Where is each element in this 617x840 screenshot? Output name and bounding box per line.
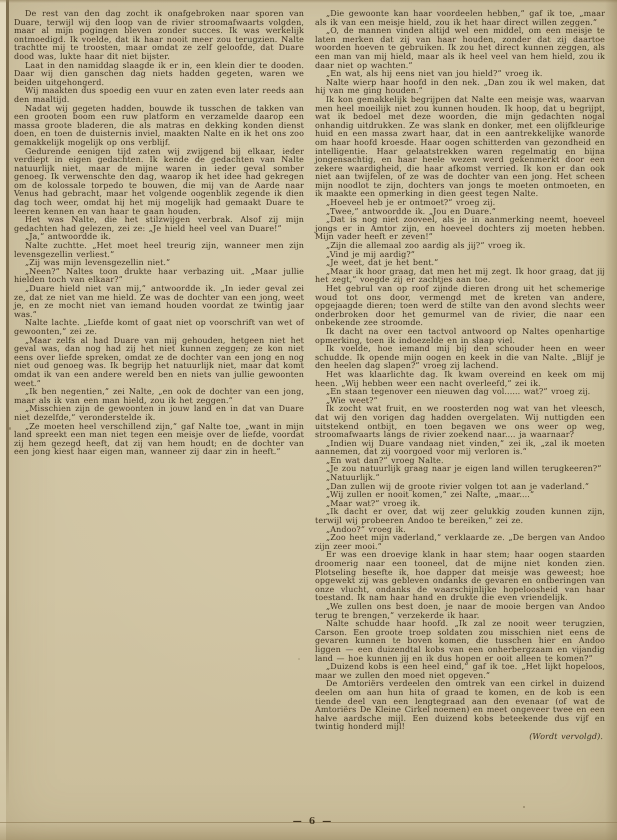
paragraph: „Duare hield niet van mij,” antwoordde i… xyxy=(14,285,304,319)
scanned-book-page: De rest van den dag zocht ik onafgebroke… xyxy=(0,0,617,840)
paragraph: Het was klaarlichte dag. Ik kwam overein… xyxy=(315,371,605,388)
paragraph: Ik dacht na over een tactvol antwoord op… xyxy=(315,328,605,345)
paragraph: „Ze moeten heel verschillend zijn,” gaf … xyxy=(14,423,304,457)
text-column-right: „Die gewoonte kan haar voordeelen hebben… xyxy=(315,10,605,741)
paragraph: „Ik ben negentien,” zei Nalte, „en ook d… xyxy=(14,388,304,405)
text-column-right-paragraphs: „Die gewoonte kan haar voordeelen hebben… xyxy=(315,10,605,732)
paragraph: Ik zocht wat fruit, en we roosterden nog… xyxy=(315,405,605,439)
paragraph: Gedurende eenigen tijd zaten wij zwijgen… xyxy=(14,148,304,217)
paragraph: „Ik dacht er over, dat wij zeer gelukkig… xyxy=(315,508,605,525)
page-edge-right-shadow xyxy=(605,0,617,840)
print-speck xyxy=(298,658,300,660)
paragraph: „O, de mannen vinden altijd wel een midd… xyxy=(315,27,605,70)
paragraph: Laat in den namiddag slaagde ik er in, e… xyxy=(14,62,304,88)
page-edge-top-shadow xyxy=(0,0,617,3)
paragraph: Er was een droevige klank in haar stem; … xyxy=(315,551,605,603)
paragraph: Nalte lachte. „Liefde komt of gaat niet … xyxy=(14,319,304,336)
page-edge-left-fold-line xyxy=(6,0,9,840)
paragraph: „Dat is nog niet zooveel, als je in aanm… xyxy=(315,216,605,242)
paragraph: Nalte schudde haar hoofd. „Ik zal ze noo… xyxy=(315,620,605,663)
page-number: — 6 — xyxy=(258,817,368,827)
paragraph: „Zoo heet mijn vaderland,” verklaarde ze… xyxy=(315,534,605,551)
paragraph: „Neen?” Naltes toon drukte haar verbazin… xyxy=(14,268,304,285)
paragraph: Nalte wierp haar hoofd in den nek. „Dan … xyxy=(315,79,605,96)
paragraph: „Maar ik hoor graag, dat men het mij zeg… xyxy=(315,268,605,285)
paragraph: Ik voelde, hoe iemand mij bij den schoud… xyxy=(315,345,605,371)
paragraph: Nadat wij gegeten hadden, bouwde ik tuss… xyxy=(14,105,304,148)
paragraph: Ik kon gemakkelijk begrijpen dat Nalte e… xyxy=(315,96,605,199)
print-speck xyxy=(523,806,525,808)
paragraph: De rest van den dag zocht ik onafgebroke… xyxy=(14,10,304,62)
paragraph: Het gebrul van op roof zijnde dieren dro… xyxy=(315,285,605,328)
paragraph: Nalte zuchtte. „Het moet heel treurig zi… xyxy=(14,242,304,259)
paragraph: „Indien wij Duare vandaag niet vinden,” … xyxy=(315,440,605,457)
continuation-notice: (Wordt vervolgd). xyxy=(315,733,603,742)
paragraph: Wij maakten dus spoedig een vuur en zate… xyxy=(14,87,304,104)
paragraph: „Maar zelfs al had Duare van mij gehoude… xyxy=(14,337,304,389)
text-column-left: De rest van den dag zocht ik onafgebroke… xyxy=(14,10,304,457)
paragraph: „Misschien zijn de gewoonten in jouw lan… xyxy=(14,405,304,422)
print-speck xyxy=(9,427,11,430)
paragraph: „We zullen ons best doen, je naar de moo… xyxy=(315,603,605,620)
paragraph: „Die gewoonte kan haar voordeelen hebben… xyxy=(315,10,605,27)
paragraph: „Duizend kobs is een heel eind,” gaf ik … xyxy=(315,663,605,680)
paragraph: De Amtoriërs verdeelen den omtrek van ee… xyxy=(315,680,605,732)
paragraph: Het was Nalte, die het stilzwijgen verbr… xyxy=(14,216,304,233)
